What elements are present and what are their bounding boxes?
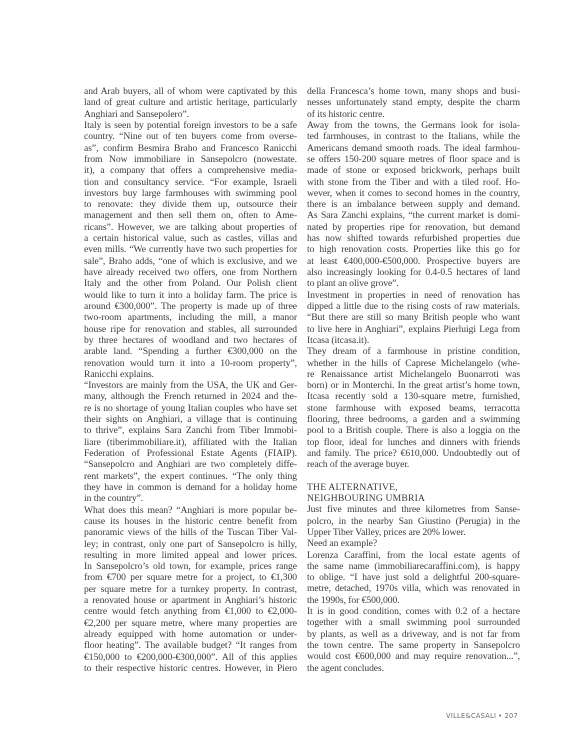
paragraph: Lorenza Caraffini, from the local estate… xyxy=(307,550,520,607)
text-line: together with a small swimming pool surr… xyxy=(307,617,520,628)
text-line: Away from the towns, the Germans look fo… xyxy=(307,120,520,131)
text-line: investors buy large farmhouses with swim… xyxy=(84,188,297,199)
text-line: centre would fetch anything from €1,000 … xyxy=(84,606,297,617)
text-line: by plants, as well as a driveway, and is… xyxy=(307,629,520,640)
text-line: to high renovation costs. Properties lik… xyxy=(307,244,520,255)
text-line: ricans”. However, we are talking about p… xyxy=(84,222,297,233)
text-line: a certain historical value, such as cast… xyxy=(84,233,297,244)
text-line: and family. The price? €610,000. Undoubt… xyxy=(307,448,520,459)
text-line: the same name (immobiliarecaraffini.com)… xyxy=(307,561,520,572)
text-line: to their respective historic centres. Ho… xyxy=(84,663,297,674)
text-line: “But there are still so many British peo… xyxy=(307,312,520,323)
text-line: Just five minutes and three kilometres f… xyxy=(307,504,520,515)
text-line: Italy and the other from Poland. Our Pol… xyxy=(84,278,297,289)
paragraph: Need an example? xyxy=(307,538,520,549)
text-line: re Renaissance artist Michelangelo Buona… xyxy=(307,369,520,380)
text-line: polcro, in the nearby San Giustino (Peru… xyxy=(307,516,520,527)
text-line: metre, detached, 1970s villa, which was … xyxy=(307,583,520,594)
text-line: born) or in Monterchi. In the great arti… xyxy=(307,380,520,391)
text-line: in the country”. xyxy=(84,493,297,504)
text-line: country. “Nine out of ten buyers come fr… xyxy=(84,131,297,142)
text-line: house ripe for renovation and stables, a… xyxy=(84,324,297,335)
text-line: to renovate: they divide them up, outsou… xyxy=(84,199,297,210)
text-line: ted farmhouses, in contrast to the Itali… xyxy=(307,131,520,142)
text-line: Need an example? xyxy=(307,538,520,549)
text-line: to thrive”, explains Sara Zanchi from Ti… xyxy=(84,425,297,436)
text-line: would cost €600,000 and may require reno… xyxy=(307,651,520,662)
left-text-column: and Arab buyers, all of whom were captiv… xyxy=(84,86,297,674)
text-line: In Sansepolcro’s old town, for example, … xyxy=(84,561,297,572)
text-line: Lorenza Caraffini, from the local estate… xyxy=(307,550,520,561)
text-line: “Sansepolcro and Anghiari are two comple… xyxy=(84,459,297,470)
text-line: nated by properties ripe for renovation,… xyxy=(307,222,520,233)
text-line: Italy is seen by potential foreign inves… xyxy=(84,120,297,131)
text-line: the agent concludes. xyxy=(307,663,520,674)
text-line: Ranicchi explains. xyxy=(84,369,297,380)
text-line: dipped a little due to the rising costs … xyxy=(307,301,520,312)
text-line: “Investors are mainly from the USA, the … xyxy=(84,380,297,391)
text-line: panoramic views of the hills of the Tusc… xyxy=(84,527,297,538)
text-line: Itcasa (itcasa.it). xyxy=(307,335,520,346)
text-line: re is no shortage of young Italian coupl… xyxy=(84,403,297,414)
text-line: at least €400,000-€500,000. Prospective … xyxy=(307,256,520,267)
paragraph: It is in good condition, comes with 0.2 … xyxy=(307,606,520,674)
text-line: nesses unfortunately stand empty, despit… xyxy=(307,97,520,108)
text-line: they have in common is demand for a holi… xyxy=(84,482,297,493)
text-line: €2,200 per square metre, where many prop… xyxy=(84,618,297,629)
paragraph: “Investors are mainly from the USA, the … xyxy=(84,380,297,504)
text-line: renovation would turn it into a 10-room … xyxy=(84,358,297,369)
text-line: €150,000 to €200,000-€300,000”. All of t… xyxy=(84,652,297,663)
text-line: around €300,000”. The property is made u… xyxy=(84,301,297,312)
text-line: management and then sell them on, often … xyxy=(84,210,297,221)
text-line: wever, when it comes to second homes in … xyxy=(307,188,520,199)
text-line: sale”, Braho adds, “one of which is excl… xyxy=(84,256,297,267)
text-line: arable land. “Spending a further €300,00… xyxy=(84,346,297,357)
text-line: have already received two offers, one fr… xyxy=(84,267,297,278)
text-line: it), a company that offers a comprehensi… xyxy=(84,165,297,176)
text-line: land of great culture and artistic herit… xyxy=(84,97,297,108)
text-line: made of stone or exposed brickwork, perh… xyxy=(307,165,520,176)
text-line: with stone from the Tiber and with a til… xyxy=(307,177,520,188)
text-line: Anghiari and Sansepolero”. xyxy=(84,109,297,120)
text-line: della Francesca’s home town, many shops … xyxy=(307,86,520,97)
text-line: per square metre for a turnkey property.… xyxy=(84,584,297,595)
text-line: of its historic centre. xyxy=(307,109,520,120)
paragraph: Away from the towns, the Germans look fo… xyxy=(307,120,520,290)
paragraph: They dream of a farmhouse in pristine co… xyxy=(307,346,520,470)
text-line: What does this mean? “Anghiari is more p… xyxy=(84,505,297,516)
text-line: even mills. “We currently have two such … xyxy=(84,244,297,255)
text-line: stone farmhouse with exposed beams, terr… xyxy=(307,403,520,414)
text-line: floor heating”. The available budget? “I… xyxy=(84,640,297,651)
text-line: se offers 150-200 square metres of floor… xyxy=(307,154,520,165)
text-line: to oblige. “I have just sold a delightfu… xyxy=(307,572,520,583)
text-line: also increasingly looking for 0.4-0.5 he… xyxy=(307,267,520,278)
text-line: would like to turn it into a holiday far… xyxy=(84,290,297,301)
text-line: Itcasa recently sold a 130-square metre,… xyxy=(307,391,520,402)
page-number: 207 xyxy=(505,712,519,720)
magazine-name: VILLE&CASALI xyxy=(446,712,496,720)
text-line: tion and consultancy service. “For examp… xyxy=(84,177,297,188)
text-line: liare (tiberimmobiliare.it), affiliated … xyxy=(84,437,297,448)
text-line: resulting in more limited appeal and low… xyxy=(84,550,297,561)
text-line: reach of the average buyer. xyxy=(307,459,520,470)
right-text-column: della Francesca’s home town, many shops … xyxy=(307,86,520,674)
text-line: to plant an olive grove”. xyxy=(307,278,520,289)
text-line: They dream of a farmhouse in pristine co… xyxy=(307,346,520,357)
text-line: the town centre. The same property in Sa… xyxy=(307,640,520,651)
text-line: cause its houses in the historic centre … xyxy=(84,516,297,527)
text-line: whether in the hills of Caprese Michelan… xyxy=(307,358,520,369)
paragraph: Italy is seen by potential foreign inves… xyxy=(84,120,297,380)
paragraph: Investment in properties in need of reno… xyxy=(307,290,520,347)
subheading-line: THE ALTERNATIVE, xyxy=(307,482,520,493)
text-line: two-room apartments, including the mill,… xyxy=(84,312,297,323)
text-line: already equipped with home automation or… xyxy=(84,629,297,640)
paragraph: della Francesca’s home town, many shops … xyxy=(307,86,520,120)
paragraph: Just five minutes and three kilometres f… xyxy=(307,504,520,538)
folio-separator: • xyxy=(498,712,502,720)
page-folio: VILLE&CASALI•207 xyxy=(446,712,518,720)
text-line: top floor, ideal for lunches and dinners… xyxy=(307,437,520,448)
paragraph: What does this mean? “Anghiari is more p… xyxy=(84,505,297,675)
text-line: As Sara Zanchi explains, “the current ma… xyxy=(307,210,520,221)
magazine-page: and Arab buyers, all of whom were captiv… xyxy=(0,0,580,749)
text-line: Investment in properties in need of reno… xyxy=(307,290,520,301)
text-line: to live here in Anghiari”, explains Pier… xyxy=(307,324,520,335)
text-line: ley; in contrast, only one part of Sanse… xyxy=(84,539,297,550)
text-line: It is in good condition, comes with 0.2 … xyxy=(307,606,520,617)
text-line: from €700 per square metre for a project… xyxy=(84,572,297,583)
text-line: the 1990s, for €500,000. xyxy=(307,595,520,606)
text-line: Americans demand smooth roads. The ideal… xyxy=(307,143,520,154)
text-line: their sights on Anghiari, a village that… xyxy=(84,414,297,425)
text-line: pool to a British couple. There is also … xyxy=(307,425,520,436)
section-subheading: THE ALTERNATIVE, NEIGHBOURING UMBRIA xyxy=(307,482,520,505)
text-line: there is an imbalance between supply and… xyxy=(307,199,520,210)
text-line: from Now immobiliare in Sansepolcro (now… xyxy=(84,154,297,165)
subheading-line: NEIGHBOURING UMBRIA xyxy=(307,493,520,504)
text-line: as”, confirm Besmira Braho and Francesco… xyxy=(84,143,297,154)
text-line: and Arab buyers, all of whom were captiv… xyxy=(84,86,297,97)
text-line: Upper Tiber Valley, prices are 20% lower… xyxy=(307,527,520,538)
text-line: many, although the French returned in 20… xyxy=(84,391,297,402)
paragraph: and Arab buyers, all of whom were captiv… xyxy=(84,86,297,120)
text-line: a renovated house or apartment in Anghia… xyxy=(84,595,297,606)
text-line: by three hectares of woodland and two he… xyxy=(84,335,297,346)
text-line: has now shifted towards refurbished prop… xyxy=(307,233,520,244)
text-line: Federation of Professional Estate Agents… xyxy=(84,448,297,459)
text-line: flooring, three bedrooms, a garden and a… xyxy=(307,414,520,425)
text-line: rent markets”, the expert continues. “Th… xyxy=(84,471,297,482)
